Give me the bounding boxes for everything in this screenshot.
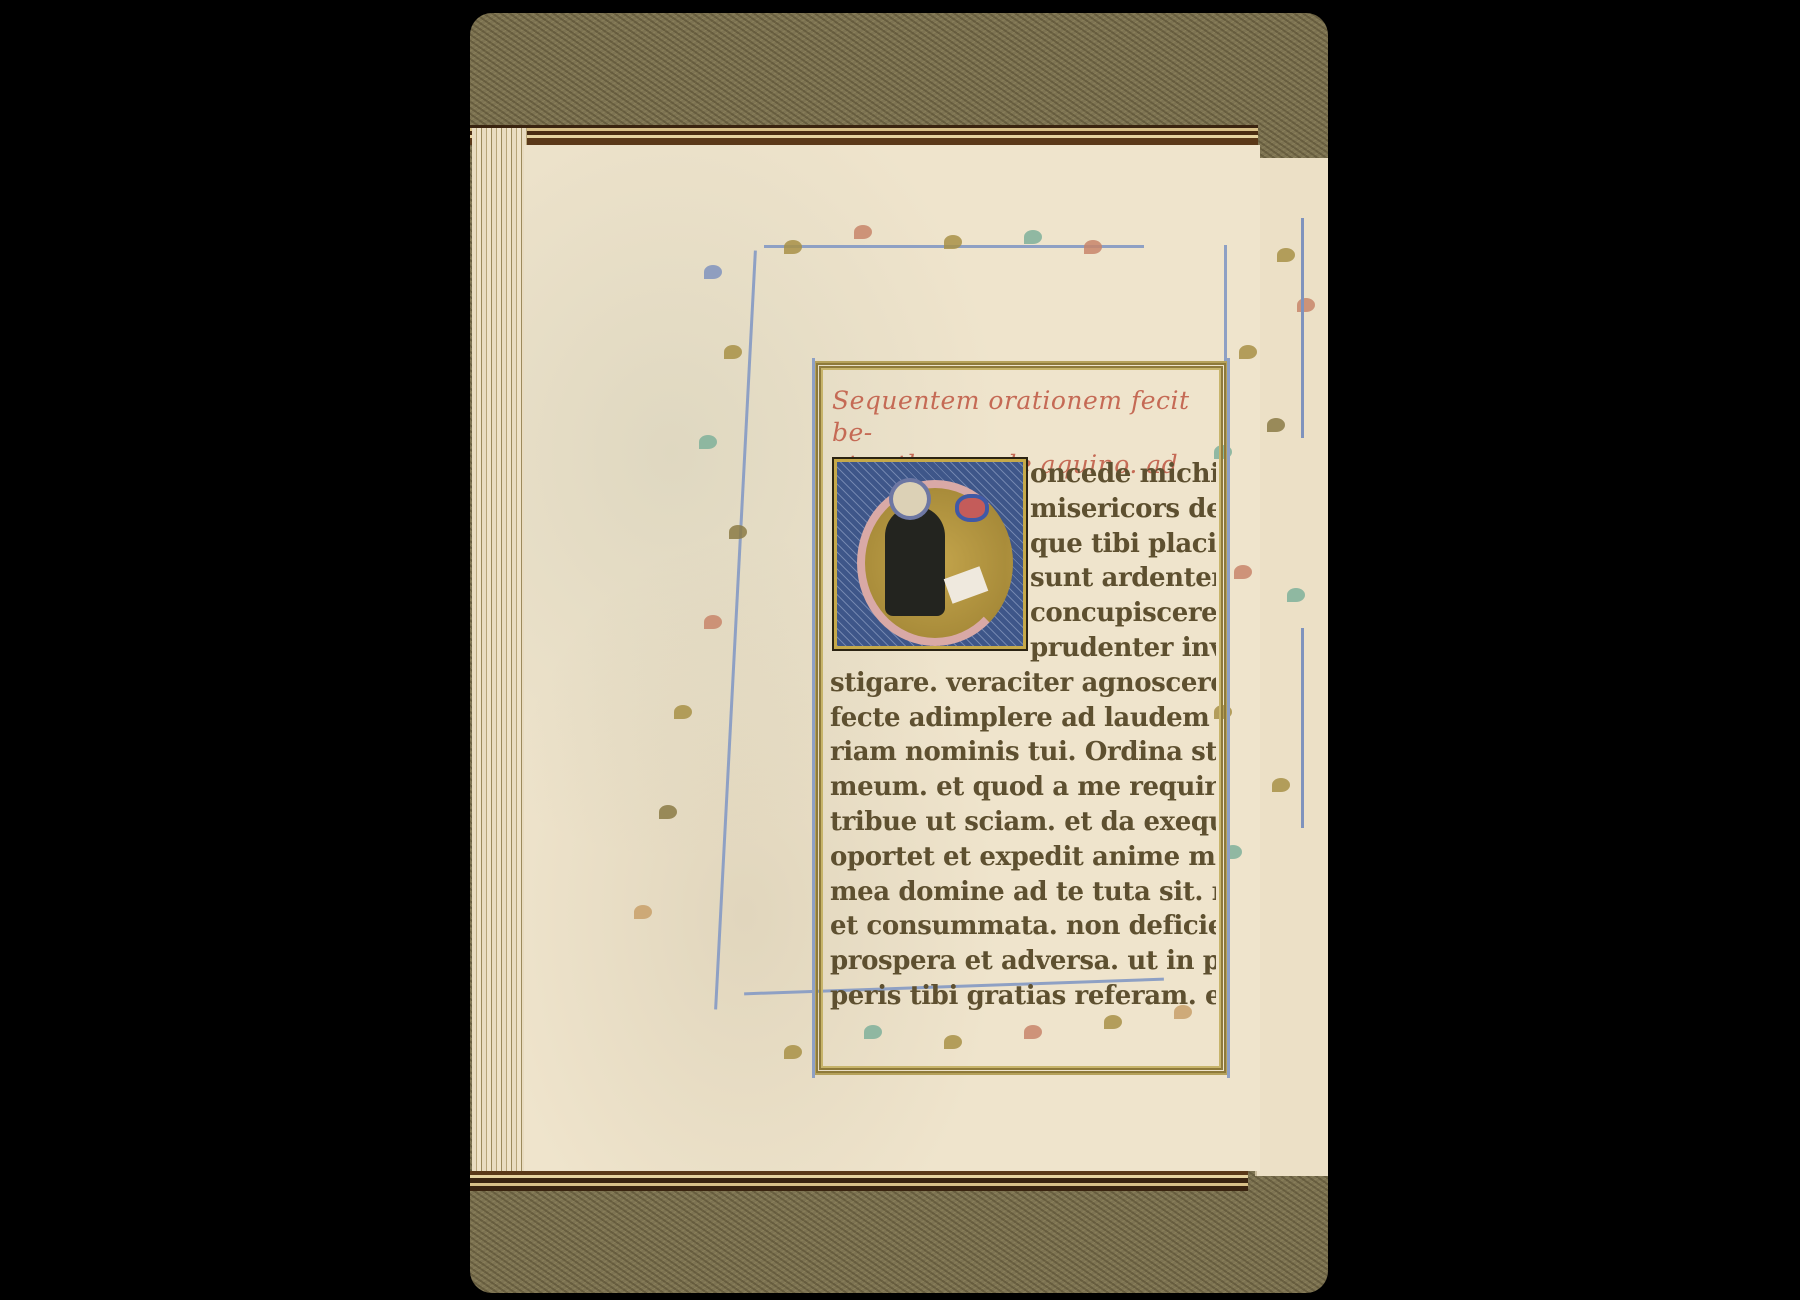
text-line: que tibi placita xyxy=(830,527,1216,562)
ivy-leaf-icon xyxy=(1287,588,1305,602)
rubric-line: Sequentem orationem fecit be- xyxy=(832,385,1212,449)
ivy-leaf-icon xyxy=(659,805,677,819)
ivy-leaf-icon xyxy=(1239,345,1257,359)
prayer-text: oncede michi misericors deus que tibi pl… xyxy=(830,457,1216,1014)
ivy-leaf-icon xyxy=(1277,248,1295,262)
gilt-edge-bottom xyxy=(470,1171,1248,1191)
text-line: stigare. veraciter agnoscere. et per xyxy=(830,666,1216,701)
text-line: oportet et expedit anime mee. Via xyxy=(830,840,1216,875)
text-line: meum. et quod a me requiris xyxy=(830,770,1216,805)
text-line: oncede michi xyxy=(830,457,1216,492)
ivy-leaf-icon xyxy=(784,1045,802,1059)
ivy-leaf-icon xyxy=(729,525,747,539)
text-line: concupiscere. xyxy=(830,596,1216,631)
text-line: mea domine ad te tuta sit. recta xyxy=(830,875,1216,910)
ivy-leaf-icon xyxy=(1267,418,1285,432)
ivy-leaf-icon xyxy=(704,265,722,279)
text-line: prospera et adversa. ut in pros xyxy=(830,944,1216,979)
ivy-leaf-icon xyxy=(634,905,652,919)
facing-page xyxy=(1255,158,1328,1176)
gilt-edge-top xyxy=(470,125,1258,145)
ivy-leaf-icon xyxy=(944,235,962,249)
text-line: peris tibi gratias referam. et in xyxy=(830,979,1216,1014)
vine-stem xyxy=(1301,218,1304,438)
ivy-leaf-icon xyxy=(854,225,872,239)
vine-stem xyxy=(1301,628,1304,828)
text-line: sunt ardenter xyxy=(830,561,1216,596)
ivy-leaf-icon xyxy=(1024,230,1042,244)
ivy-leaf-icon xyxy=(704,615,722,629)
text-line: misericors deus xyxy=(830,492,1216,527)
text-line: prudenter inve xyxy=(830,631,1216,666)
text-line: fecte adimplere ad laudem et glo xyxy=(830,701,1216,736)
border-vine-left xyxy=(714,250,757,1009)
ivy-leaf-icon xyxy=(1234,565,1252,579)
text-line: riam nominis tui. Ordina statu[m] xyxy=(830,735,1216,770)
ivy-leaf-icon xyxy=(1297,298,1315,312)
ivy-leaf-icon xyxy=(784,240,802,254)
ivy-leaf-icon xyxy=(699,435,717,449)
ivy-leaf-icon xyxy=(674,705,692,719)
slide-mount: Sequentem orationem fecit be- atus thoma… xyxy=(470,13,1328,1293)
ivy-leaf-icon xyxy=(724,345,742,359)
text-line: tribue ut sciam. et da exequi ut xyxy=(830,805,1216,840)
ivy-leaf-icon xyxy=(1084,240,1102,254)
textile-background-top xyxy=(470,13,1328,125)
ivy-leaf-icon xyxy=(1272,778,1290,792)
page-edges-left xyxy=(472,128,527,1173)
manuscript-page: Sequentem orationem fecit be- atus thoma… xyxy=(524,145,1260,1171)
text-line: et consummata. non deficiens inter xyxy=(830,909,1216,944)
